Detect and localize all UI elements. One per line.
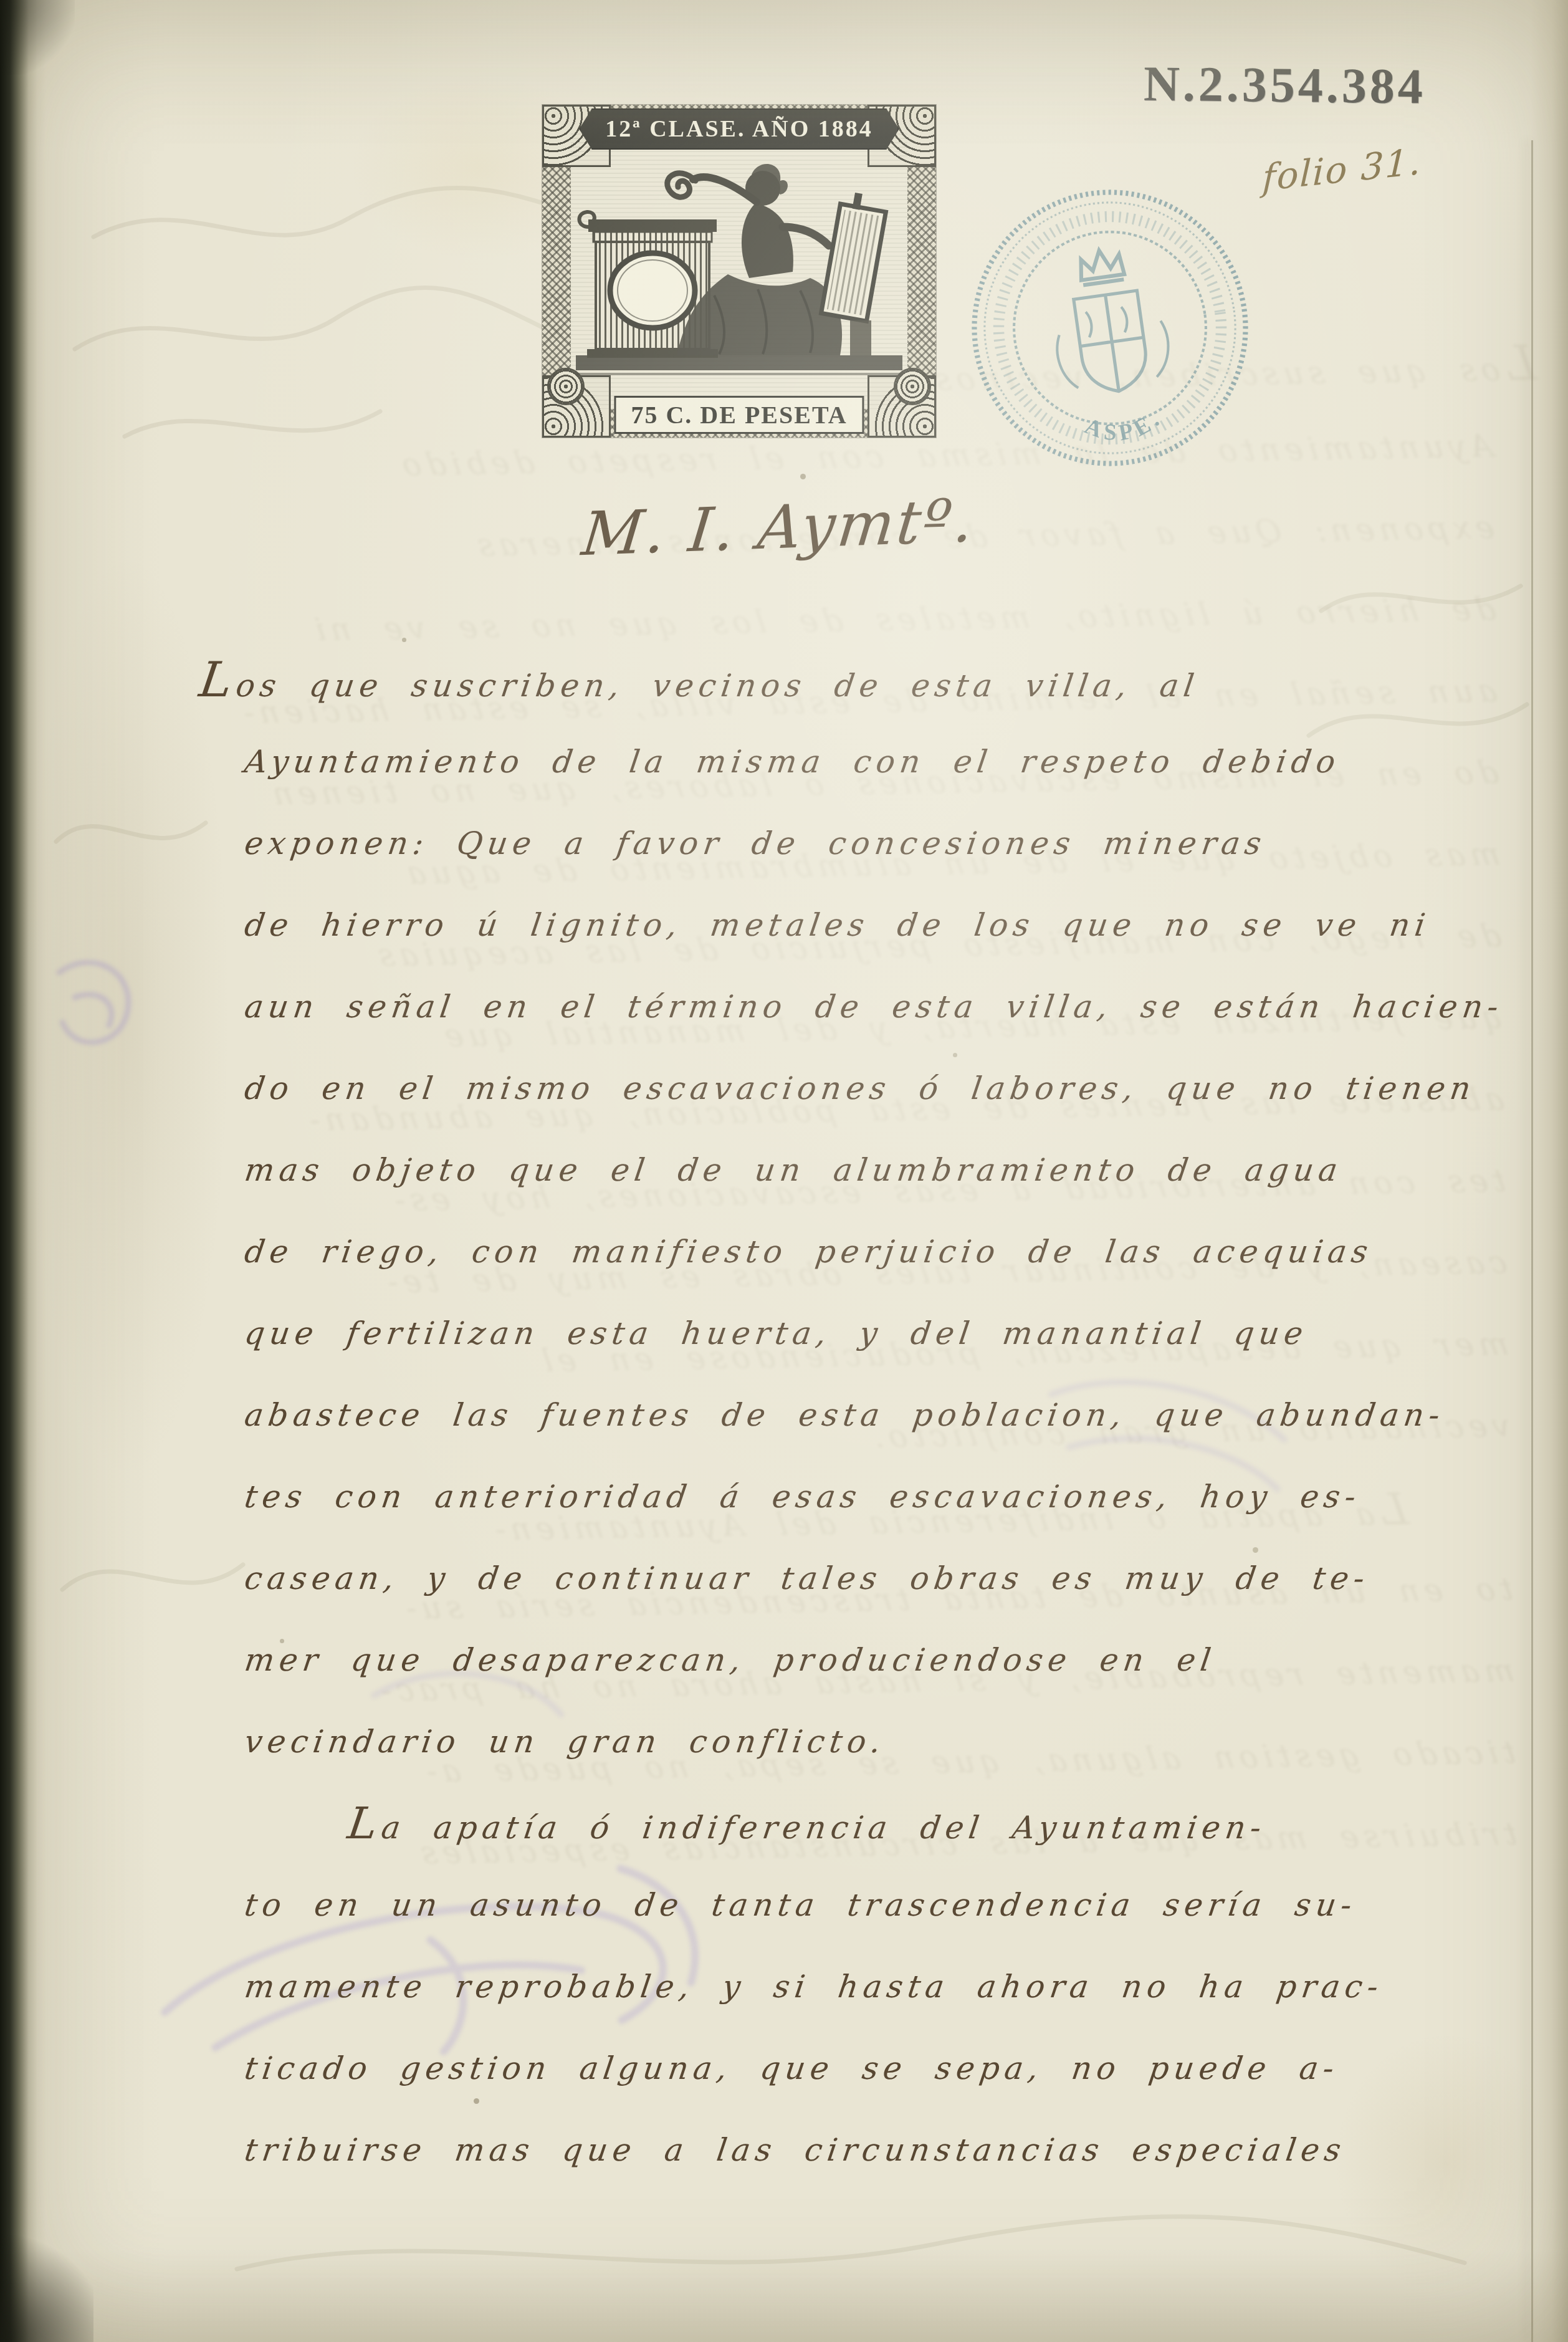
rosette-icon [894, 368, 931, 405]
handwritten-line: vecindario un gran conflicto. [194, 1701, 1539, 1783]
handwritten-line: tes con anterioridad á esas escavaciones… [194, 1456, 1539, 1538]
rosette-icon [547, 368, 585, 405]
handwritten-line: de riego, con manifiesto perjuicio de la… [194, 1211, 1539, 1293]
handwritten-line: Los que suscriben, vecinos de esta villa… [194, 640, 1539, 721]
svg-text:ASPE.: ASPE. [1078, 403, 1169, 451]
handwritten-line: La apatía ó indiferencia del Ayuntamien- [194, 1783, 1539, 1864]
handwritten-line: que fertilizan esta huerta, y del manant… [194, 1293, 1539, 1375]
revenue-stamp: 12ª CLASE. AÑO 1884 75 C. DE PESETA [542, 105, 936, 438]
handwritten-line: tribuirse mas que a las circunstancias e… [194, 2109, 1539, 2191]
handwritten-line: mer que desaparezcan, produciendose en e… [194, 1620, 1539, 1701]
page-right-edge [1531, 0, 1568, 2342]
coat-of-arms-icon [1050, 287, 1174, 399]
handwritten-line: casean, y de continuar tales obras es mu… [194, 1538, 1539, 1620]
handwritten-line: aun señal en el término de esta villa, s… [194, 966, 1539, 1048]
handwritten-line: do en el mismo escavaciones ó labores, q… [194, 1048, 1539, 1130]
stamp-class-banner: 12ª CLASE. AÑO 1884 [579, 108, 899, 150]
stamp-value-banner: 75 C. DE PESETA [614, 396, 864, 434]
handwritten-line: mamente reprobable, y si hasta ahora no … [194, 1946, 1539, 2028]
allegorical-figure-engraving [571, 133, 907, 409]
handwritten-line: ticado gestion alguna, que se sepa, no p… [194, 2028, 1539, 2109]
handwritten-line: exponen: Que a favor de concesiones mine… [194, 803, 1539, 885]
document-page: Los que suscriben, vecinos de esta villa… [0, 0, 1568, 2342]
book-binding-gutter [0, 0, 46, 2342]
folio-annotation: folio 31. [1262, 140, 1423, 199]
binding-corner-shadow [0, 0, 75, 75]
handwritten-line: abastece las fuentes de esta poblacion, … [194, 1375, 1539, 1456]
blank-medallion [610, 253, 695, 328]
crown-icon [1078, 247, 1125, 286]
handwritten-line: to en un asunto de tanta trascendencia s… [194, 1864, 1539, 1946]
handwritten-line: Ayuntamiento de la misma con el respeto … [194, 721, 1539, 803]
binding-corner-shadow [0, 2224, 93, 2342]
municipal-seal: ASPE. [944, 161, 1276, 494]
handwritten-line: mas objeto que el de un alumbramiento de… [194, 1130, 1539, 1211]
handwritten-line: de hierro ú lignito, metales de los que … [194, 885, 1539, 966]
serial-number: N.2.354.384 [1144, 56, 1427, 116]
page-edge-crease [1531, 140, 1533, 2342]
document-body: Los que suscriben, vecinos de esta villa… [206, 640, 1539, 2191]
